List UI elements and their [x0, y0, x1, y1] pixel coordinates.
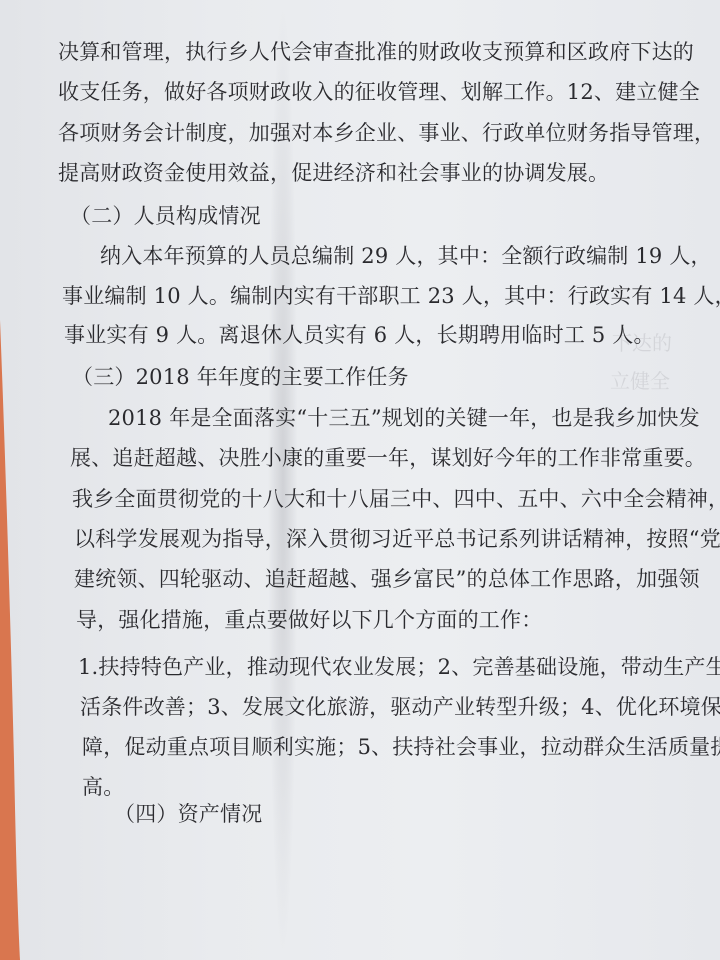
body-line: 展、追赶超越、决胜小康的重要一年，谋划好今年的工作非常重要。	[70, 442, 706, 472]
body-line: 事业实有 9 人。离退休人员实有 6 人，长期聘用临时工 5 人。	[64, 319, 655, 349]
body-line: 2018 年是全面落实“十三五”规划的关键一年，也是我乡加快发	[108, 402, 700, 432]
body-line: 事业编制 10 人。编制内实有干部职工 23 人，其中：行政实有 14 人，	[62, 280, 720, 310]
body-line: 决算和管理，执行乡人代会审查批准的财政收支预算和区政府下达的	[58, 36, 694, 66]
task-list-line: 障，促动重点项目顺利实施；5、扶持社会事业，拉动群众生活质量提	[82, 731, 720, 761]
body-line: 导，强化措施，重点要做好以下几个方面的工作：	[76, 604, 542, 634]
section-heading-assets: （四）资产情况	[114, 798, 262, 828]
task-list-line: 高。	[82, 771, 124, 801]
body-line: 建统领、四轮驱动、追赶超越、强乡富民”的总体工作思路，加强领	[74, 563, 700, 593]
section-heading-tasks: （三）2018 年年度的主要工作任务	[72, 361, 409, 391]
body-line: 以科学发展观为指导，深入贯彻习近平总书记系列讲话精神，按照“党	[74, 523, 720, 553]
bleed-through-text: 立健全	[610, 365, 670, 394]
section-heading-personnel: （二）人员构成情况	[70, 200, 261, 230]
body-line: 各项财务会计制度，加强对本乡企业、事业、行政单位财务指导管理，	[58, 117, 715, 147]
document-page: 下达的 立健全 决算和管理，执行乡人代会审查批准的财政收支预算和区政府下达的 收…	[0, 0, 720, 960]
body-line: 提高财政资金使用效益，促进经济和社会事业的协调发展。	[58, 157, 609, 187]
body-line: 我乡全面贯彻党的十八大和十八届三中、四中、五中、六中全会精神，	[72, 483, 720, 513]
task-list-line: 活条件改善；3、发展文化旅游，驱动产业转型升级；4、优化环境保	[80, 691, 720, 721]
body-line: 纳入本年预算的人员总编制 29 人，其中：全额行政编制 19 人，	[100, 240, 712, 270]
task-list-line: 1.扶持特色产业，推动现代农业发展；2、完善基础设施，带动生产生	[78, 651, 720, 681]
body-line: 收支任务，做好各项财政收入的征收管理、划解工作。12、建立健全	[58, 76, 700, 106]
